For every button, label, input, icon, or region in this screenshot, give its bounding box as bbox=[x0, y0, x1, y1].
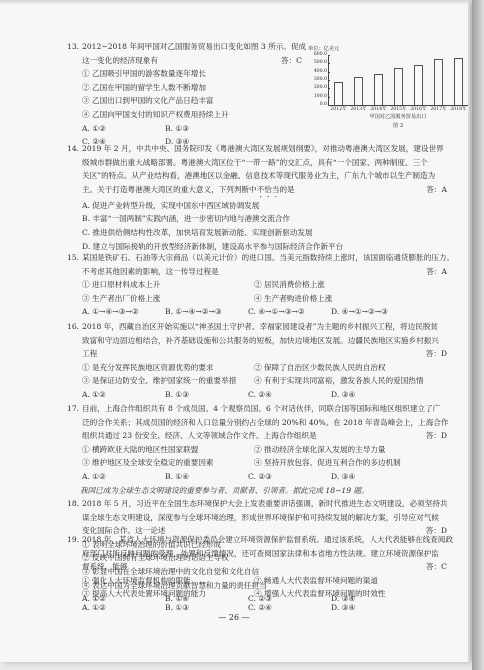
question-stem: 主。关于打造粤港澳大湾区的重大意义，下列判断中 bbox=[82, 185, 257, 194]
option-c: C. 推进供给侧结构性改革，加快培育发展新动能、实现创新驱动发展 bbox=[67, 226, 447, 240]
choice-item: ④ 有利于实现共同富裕，激发各族人民的爱国热情 bbox=[254, 374, 423, 388]
page-content: 13.2012~2018 年间甲国对乙国服务贸易出口变化如图 3 所示。促成 这… bbox=[0, 0, 468, 662]
answer-label: 答：D bbox=[426, 347, 447, 361]
figure-label: 图 3 bbox=[328, 123, 468, 129]
option-b: B. ①④ bbox=[165, 470, 248, 484]
bar-2016 bbox=[414, 65, 423, 105]
x-tick-label: 2012年 bbox=[329, 107, 349, 113]
question-13: 13.2012~2018 年间甲国对乙国服务贸易出口变化如图 3 所示。促成 这… bbox=[67, 40, 302, 149]
choice-item: ① 强化人大环境监督机构的职能 bbox=[82, 574, 254, 588]
question-number: 13. bbox=[67, 40, 82, 54]
question-19-body: 19.2018 年，某省人大环境与资源保护委员会建立环境资源保护监督系统。通过该… bbox=[67, 533, 447, 615]
option-a: A. ①→④→③→② bbox=[82, 305, 165, 319]
choice-item: ① 是充分发挥民族地区资源优势的要求 bbox=[82, 361, 254, 375]
question-stem: 2019 年 2 月，中共中央、国务院印发《粤港澳大湾区发展规划纲要》，对推动粤… bbox=[82, 144, 444, 153]
x-tick-label: 2015年 bbox=[389, 107, 409, 113]
choice-item: ④ 生产者购进价格上涨 bbox=[254, 292, 332, 306]
page-number: — 26 — bbox=[0, 611, 468, 625]
option-c: C. ④→①→③→② bbox=[248, 305, 331, 319]
question-number: 15. bbox=[67, 251, 82, 265]
y-axis bbox=[328, 55, 329, 105]
question-number: 19. bbox=[67, 533, 82, 547]
bar-2018 bbox=[454, 58, 463, 106]
y-tick: 600.0 bbox=[303, 52, 327, 58]
choice-item: ③ 乙国出口到甲国的文化产品日趋丰富 bbox=[67, 94, 302, 108]
page-binding-shadow bbox=[472, 0, 484, 670]
question-number: 16. bbox=[67, 320, 82, 334]
question-14: 14.2019 年 2 月，中共中央、国务院印发《粤港澳大湾区发展规划纲要》，对… bbox=[67, 142, 447, 253]
bar-2015 bbox=[394, 68, 403, 105]
bar-chart-figure-3: 单位：亿美元 600.0 500.0 400.0 300.0 200.0 100… bbox=[300, 40, 470, 135]
option-a: A. 促进产业转型升级，实现中国东中西区域协调发展 bbox=[67, 199, 447, 213]
choice-item: ③ 生产者出厂价格上涨 bbox=[82, 292, 254, 306]
option-b: B. ①③ bbox=[165, 388, 248, 402]
question-stem: 府部门对所反映问题的受理、处置和反馈情况，还可查阅国家法律和本省地方性法规。建立… bbox=[67, 547, 447, 561]
x-tick-label: 2016年 bbox=[409, 107, 429, 113]
x-tick-label: 2017年 bbox=[429, 107, 449, 113]
question-stem: 2018 年，西藏自治区开始实施以“神圣国土守护者、幸福家园建设者”为主题的乡村… bbox=[82, 322, 438, 331]
question-stem: 不考虑其他因素的影响，这一传导过程是 bbox=[82, 267, 219, 276]
y-tick: 500.0 bbox=[303, 60, 327, 66]
bar-2013 bbox=[354, 77, 363, 105]
option-c: C. ②④ bbox=[248, 388, 331, 402]
x-tick-label: 2013年 bbox=[349, 107, 369, 113]
answer-label: 答：A bbox=[426, 265, 447, 279]
y-tick: 300.0 bbox=[303, 77, 327, 83]
bar-2014 bbox=[374, 74, 383, 105]
question-stem: 这一变化的经济现象有 bbox=[82, 56, 158, 65]
choice-item: ③ 提高人大代表处置环境问题的能力 bbox=[82, 587, 254, 601]
question-stem: 2012~2018 年间甲国对乙国服务贸易出口变化如图 3 所示。促成 bbox=[82, 42, 306, 51]
question-stem: 工程 bbox=[82, 349, 97, 358]
choice-item: ② 畅通人大代表监督环境问题的渠道 bbox=[254, 574, 378, 588]
answer-label: 答：C bbox=[426, 560, 447, 574]
x-axis bbox=[328, 105, 468, 106]
chart-title: 甲国对乙国服务贸易出口 bbox=[328, 114, 468, 120]
choice-item: ② 推动经济全球化深入发展的主导力量 bbox=[254, 443, 386, 457]
option-d: D. ④→①→②→③ bbox=[331, 305, 388, 319]
option-c: C. ②③ bbox=[248, 470, 331, 484]
choice-item: ④ 坚持开放包容、促进互利合作的多边机制 bbox=[254, 456, 401, 470]
emphasized-text: 不恰当 bbox=[257, 185, 280, 194]
question-stem: 泛的合作关系；其成员国的经济和人口总量分别约占全球的 20%和 40%。在 20… bbox=[67, 416, 447, 430]
question-number: 18. bbox=[67, 497, 82, 511]
question-stem: 关区”的特点。从产业结构看，港澳地区以金融、信息技术等现代服务业为主，广东九个城… bbox=[67, 169, 447, 183]
question-stem: 目前，上海合作组织共有 8 个成员国、4 个观察员国、6 个对话伙伴，同联合国等… bbox=[82, 404, 440, 413]
y-tick: 200.0 bbox=[303, 85, 327, 91]
choice-item: ① 乙国吸引甲国的游客数量逐年增长 bbox=[67, 67, 302, 81]
choice-item: ① 横跨欧亚大陆的地区性国家联盟 bbox=[82, 443, 254, 457]
question-stem: 级城市群做出重大战略部署。粤港澳大湾区位于“一带一路”的交汇点，具有“一个国家、… bbox=[67, 156, 447, 170]
question-stem: 某国是铁矿石、石油等大宗商品（以美元计价）的进口国。当美元指数持续上涨时，该国面… bbox=[82, 253, 454, 262]
y-tick: 0.0 bbox=[303, 102, 327, 108]
option-d: D. ③④ bbox=[331, 388, 355, 402]
y-tick: 100.0 bbox=[303, 94, 327, 100]
question-number: 14. bbox=[67, 142, 82, 156]
option-b: B. 丰富“一国两制”实践内涵，进一步密切内地与港澳交流合作 bbox=[67, 212, 447, 226]
question-16: 16.2018 年，西藏自治区开始实施以“神圣国土守护者、幸福家园建设者”为主题… bbox=[67, 320, 447, 402]
question-stem: 致富和守边固边相结合，补齐基础设施和公共服务的短板，加快边境地区发展。边疆民族地… bbox=[67, 334, 447, 348]
question-stem: 的是 bbox=[279, 185, 294, 194]
question-stem: 2018 年，某省人大环境与资源保护委员会建立环境资源保护监督系统。通过该系统，… bbox=[82, 535, 453, 544]
question-stem: 督系统，能够 bbox=[82, 562, 128, 571]
choice-item: ③ 维护地区及全球安全稳定的重要因素 bbox=[82, 456, 254, 470]
question-15: 15.某国是铁矿石、石油等大宗商品（以美元计价）的进口国。当美元指数持续上涨时，… bbox=[67, 251, 447, 319]
question-number: 17. bbox=[67, 402, 82, 416]
choice-item: ② 居民消费价格上涨 bbox=[254, 278, 325, 292]
choice-item: ④ 乙国向甲国支付的知识产权费用持续上升 bbox=[67, 108, 302, 122]
choice-item: ② 保障了自治区少数民族人民的自治权 bbox=[254, 361, 386, 375]
choice-item: ② 乙国在甲国的留学生人数不断增加 bbox=[67, 81, 302, 95]
answer-label: 答：A bbox=[426, 183, 447, 197]
bar-2012 bbox=[334, 82, 343, 105]
option-a: A. ①② bbox=[82, 122, 165, 136]
bar-2017 bbox=[434, 59, 443, 105]
choice-item: ④ 增强人大代表监督环境问题的时效性 bbox=[254, 587, 386, 601]
option-a: A. ①② bbox=[82, 470, 165, 484]
option-b: B. ①→④→②→③ bbox=[165, 305, 248, 319]
option-d: D. ③④ bbox=[331, 470, 355, 484]
answer-label: 答：C bbox=[281, 54, 302, 68]
section-intro-18-19: 我国已成为全球生态文明建设的重要参与者、贡献者、引领者。据此完成 18~19 题… bbox=[67, 484, 447, 498]
choice-item: ③ 是保证边防安全、维护国家统一的重要举措 bbox=[82, 374, 254, 388]
y-tick: 400.0 bbox=[303, 69, 327, 75]
question-stem: 谋全球生态文明建设，深度参与全球环境治理，形成世界环境保护和可持续发展的解决方案… bbox=[67, 511, 447, 525]
question-stem: 组织共通过 23 份安全、经济、人文等领域合作文件。上海合作组织是 bbox=[82, 431, 317, 440]
question-17: 17.目前，上海合作组织共有 8 个成员国、4 个观察员国、6 个对话伙伴，同联… bbox=[67, 402, 447, 497]
option-b: B. ①③ bbox=[165, 122, 248, 136]
x-tick-label: 2014年 bbox=[369, 107, 389, 113]
answer-label: 答：D bbox=[426, 429, 447, 443]
choice-item: ① 进口原材料成本上升 bbox=[82, 278, 254, 292]
x-tick-label: 2018年 bbox=[449, 107, 469, 113]
question-stem: 2018 年 5 月，习近平在全国生态环境保护大会上发表重要讲话强调，新时代推进… bbox=[82, 499, 448, 508]
option-a: A. ①② bbox=[82, 388, 165, 402]
